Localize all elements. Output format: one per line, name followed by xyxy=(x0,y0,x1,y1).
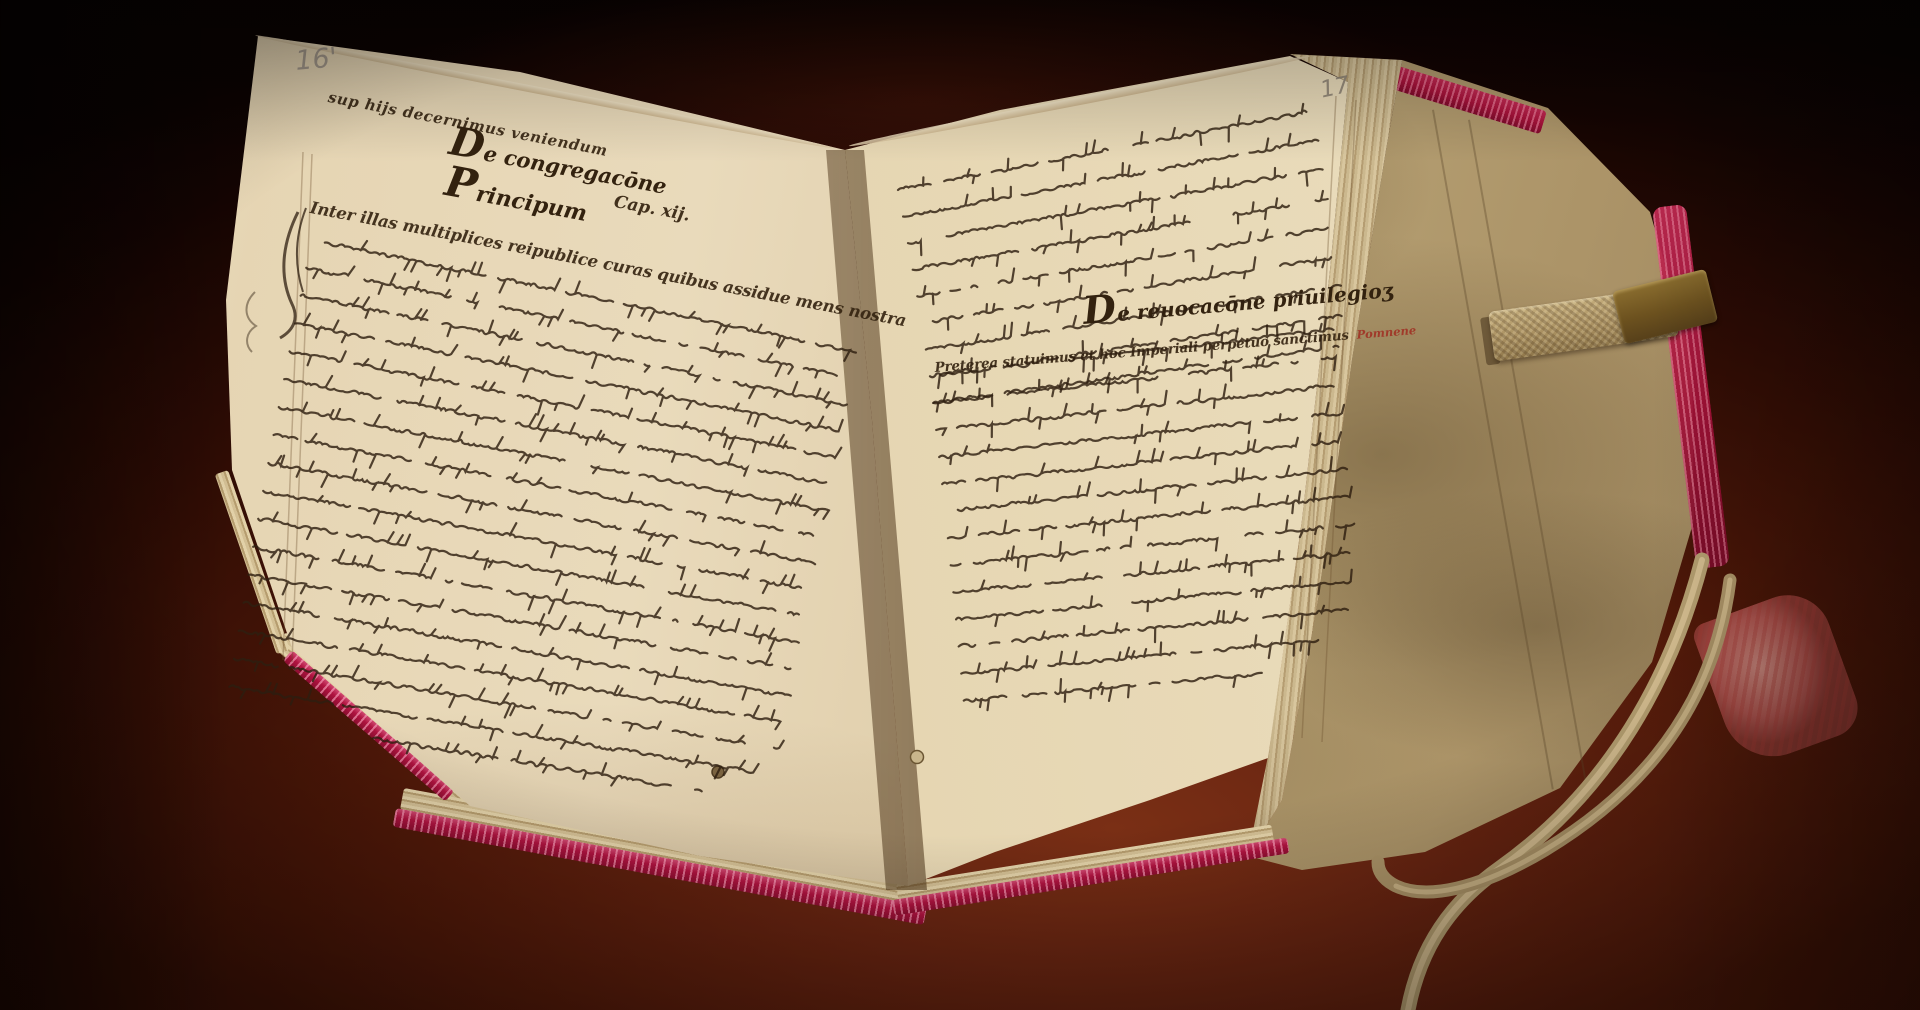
folio-number-left: 16' xyxy=(294,42,338,77)
manuscript-photo-scene: 16' 17 sup hijs decernimus veniendum De … xyxy=(0,0,1920,1010)
cover-corner-underside xyxy=(1690,583,1866,771)
